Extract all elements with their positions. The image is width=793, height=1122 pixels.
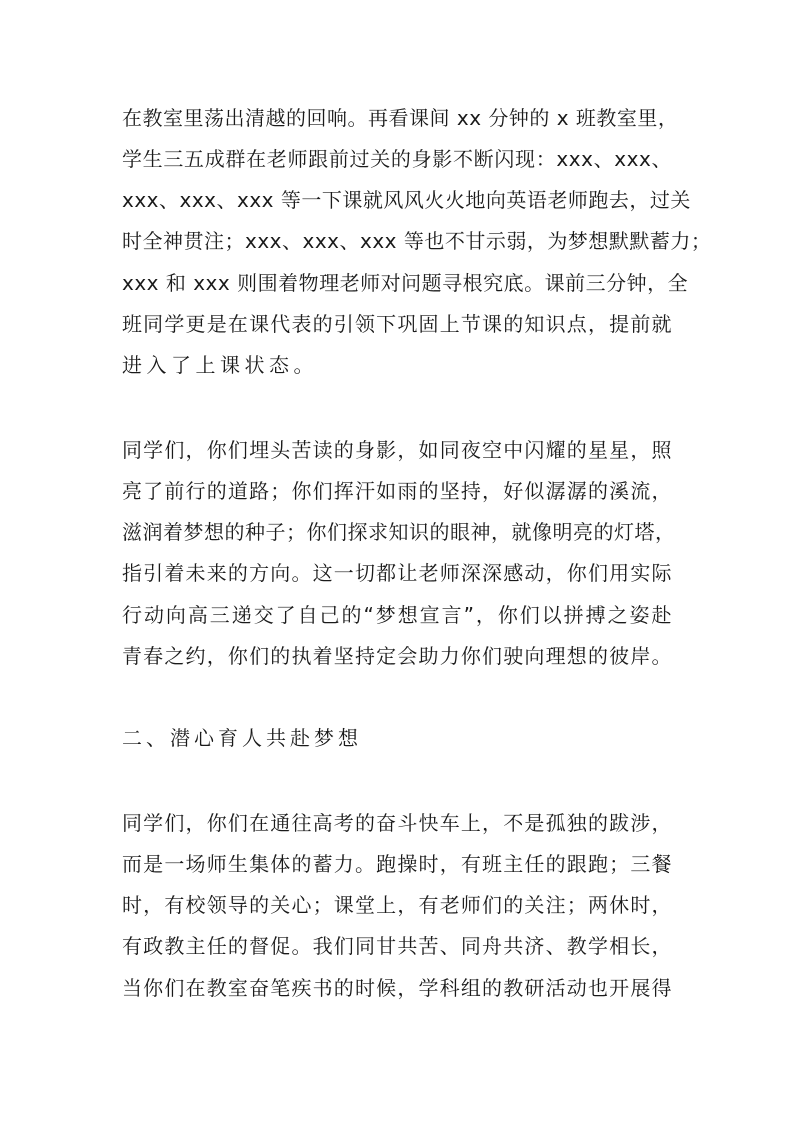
paragraph-line: xxx、xxx、xxx 等一下课就风风火火地向英语老师跑去，过关 [122, 185, 672, 215]
document-page: 在教室里荡出清越的回响。再看课间 xx 分钟的 x 班教室里， 学生三五成群在老… [0, 0, 793, 1122]
paragraph-line: 青春之约，你们的执着坚持定会助力你们驶向理想的彼岸。 [122, 641, 672, 671]
paragraph-line: 学生三五成群在老师跟前过关的身影不断闪现：xxx、xxx、 [122, 144, 672, 174]
paragraph-line: 时全神贯注；xxx、xxx、xxx 等也不甘示弱，为梦想默默蓄力； [122, 226, 672, 256]
paragraph-line: 有政教主任的督促。我们同甘共苦、同舟共济、教学相长， [122, 931, 672, 961]
paragraph-line: 在教室里荡出清越的回响。再看课间 xx 分钟的 x 班教室里， [122, 103, 672, 133]
paragraph-line: 滋润着梦想的种子；你们探求知识的眼神，就像明亮的灯塔， [122, 517, 672, 547]
paragraph-line: 亮了前行的道路；你们挥汗如雨的坚持，好似潺潺的溪流， [122, 476, 672, 506]
paragraph-line: 同学们，你们在通往高考的奋斗快车上，不是孤独的跋涉， [122, 808, 672, 838]
paragraph-line: 行动向高三递交了自己的“梦想宣言”，你们以拼搏之姿赴 [122, 600, 672, 630]
paragraph-line: 当你们在教室奋笔疾书的时候，学科组的教研活动也开展得 [122, 973, 672, 1003]
paragraph-line: 时，有校领导的关心；课堂上，有老师们的关注；两休时， [122, 890, 672, 920]
paragraph-line: 而是一场师生集体的蓄力。跑操时，有班主任的跟跑；三餐 [122, 849, 672, 879]
section-heading: 二、潜心育人共赴梦想 [122, 723, 672, 753]
paragraph-line: 同学们，你们埋头苦读的身影，如同夜空中闪耀的星星，照 [122, 435, 672, 465]
paragraph-line: 指引着未来的方向。这一切都让老师深深感动，你们用实际 [122, 558, 672, 588]
paragraph-line: xxx 和 xxx 则围着物理老师对问题寻根究底。课前三分钟，全 [122, 268, 672, 298]
paragraph-line: 进入了上课状态。 [122, 350, 672, 380]
paragraph-line: 班同学更是在课代表的引领下巩固上节课的知识点，提前就 [122, 309, 672, 339]
